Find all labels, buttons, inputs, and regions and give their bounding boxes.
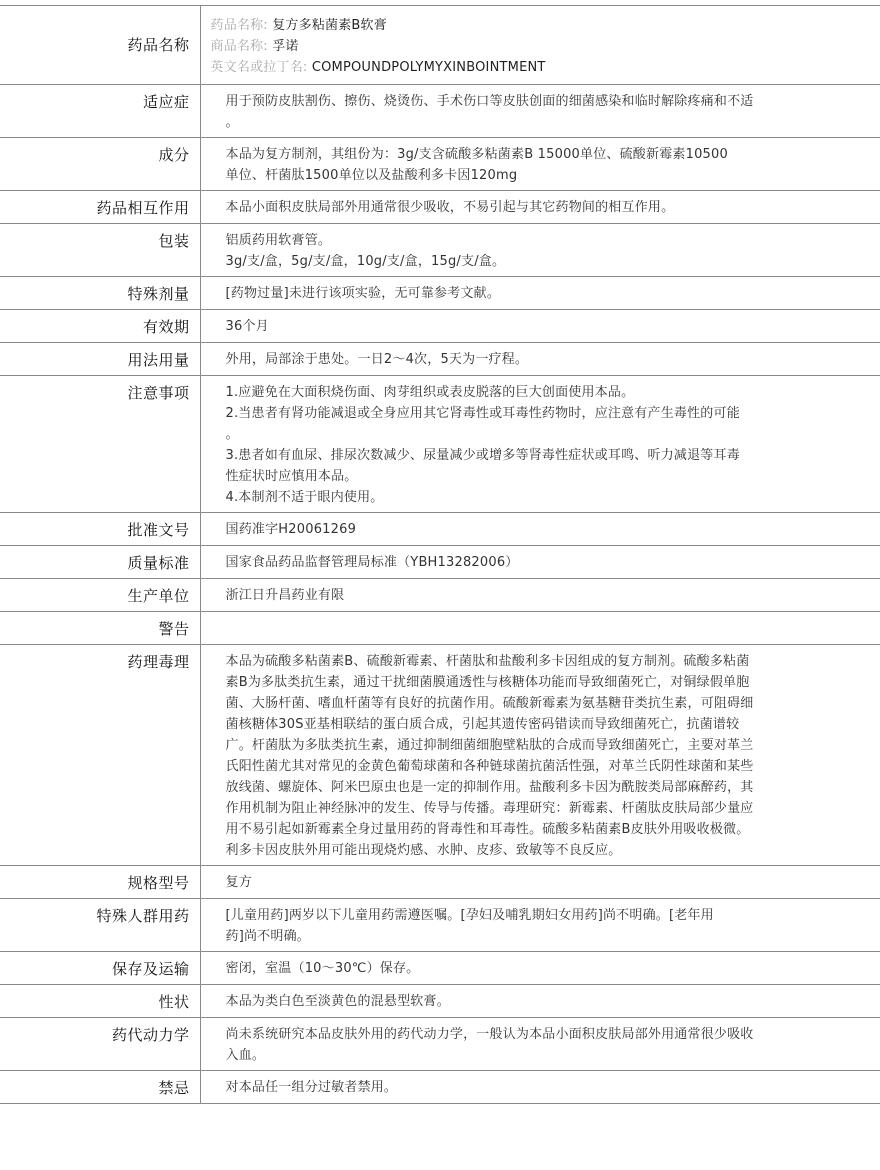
spec-value: 36个月 xyxy=(200,310,880,343)
spec-label: 有效期 xyxy=(0,310,200,343)
value-line: 国家食品药品监督管理局标准（YBH13282006） xyxy=(226,552,791,573)
label-manufacturer: 生产单位 xyxy=(127,587,189,605)
value-line: 对本品任一组分过敏者禁用。 xyxy=(226,1077,791,1098)
label-storage: 保存及运输 xyxy=(112,960,190,978)
spec-value: 尚未系统研究本品皮肤外用的药代动力学，一般认为本品小面积皮肤局部外用通常很少吸收… xyxy=(200,1018,880,1071)
spec-value: 本品小面积皮肤局部外用通常很少吸收，不易引起与其它药物间的相互作用。 xyxy=(200,191,880,224)
spec-row-name: 药品名称 药品名称: 复方多粘菌素B软膏 商品名称: 孚诺 英文名或拉丁名: C… xyxy=(0,6,880,85)
value-line: 外用，局部涂于患处。一日2～4次，5天为一疗程。 xyxy=(226,349,791,370)
value-line: 3.患者如有血尿、排尿次数减少、尿量减少或增多等肾毒性症状或耳鸣、听力减退等耳毒 xyxy=(226,445,791,466)
trade-name-key: 商品名称: xyxy=(211,39,268,54)
value-line: [药物过量]未进行该项实验，无可靠参考文献。 xyxy=(226,283,791,304)
spec-value: [儿童用药]两岁以下儿童用药需遵医嘱。[孕妇及哺乳期妇女用药]尚不明确。[老年用… xyxy=(200,899,880,952)
spec-label: 特殊人群用药 xyxy=(0,899,200,952)
value-line: 3g/支/盒，5g/支/盒，10g/支/盒，15g/支/盒。 xyxy=(226,251,791,272)
spec-value: 本品为类白色至淡黄色的混悬型软膏。 xyxy=(200,985,880,1018)
label-contraindications: 禁忌 xyxy=(158,1079,189,1097)
spec-label: 生产单位 xyxy=(0,579,200,612)
spec-row-indications: 适应症用于预防皮肤割伤、擦伤、烧烫伤、手术伤口等皮肤创面的细菌感染和临时解除疼痛… xyxy=(0,85,880,138)
value-line: 浙江日升昌药业有限 xyxy=(226,585,791,606)
value-line: 用于预防皮肤割伤、擦伤、烧烫伤、手术伤口等皮肤创面的细菌感染和临时解除疼痛和不适 xyxy=(226,91,791,112)
spec-row-appearance: 性状本品为类白色至淡黄色的混悬型软膏。 xyxy=(0,985,880,1018)
label-appearance: 性状 xyxy=(158,993,189,1011)
spec-label: 药品名称 xyxy=(0,6,200,85)
value-line: 放线菌、螺旋体、阿米巴原虫也是一定的抑制作用。盐酸利多卡因为酰胺类局部麻醉药，其 xyxy=(226,777,791,798)
value-line: 用不易引起如新霉素全身过量用药的肾毒性和耳毒性。硫酸多粘菌素B皮肤外用吸收极微。 xyxy=(226,819,791,840)
label-special-dosage: 特殊剂量 xyxy=(127,285,189,303)
value-line: 尚未系统研究本品皮肤外用的药代动力学，一般认为本品小面积皮肤局部外用通常很少吸收 xyxy=(226,1024,791,1045)
value-line: 本品为类白色至淡黄色的混悬型软膏。 xyxy=(226,991,791,1012)
spec-value: 用于预防皮肤割伤、擦伤、烧烫伤、手术伤口等皮肤创面的细菌感染和临时解除疼痛和不适… xyxy=(200,85,880,138)
spec-value xyxy=(200,612,880,645)
drug-spec-table: 药品名称 药品名称: 复方多粘菌素B软膏 商品名称: 孚诺 英文名或拉丁名: C… xyxy=(0,5,880,1104)
value-line: 2.当患者有肾功能减退或全身应用其它肾毒性或耳毒性药物时，应注意有产生毒性的可能 xyxy=(226,403,791,424)
spec-value: 浙江日升昌药业有限 xyxy=(200,579,880,612)
label-packaging: 包装 xyxy=(158,232,189,250)
spec-row-specification: 规格型号复方 xyxy=(0,866,880,899)
spec-row-special-populations: 特殊人群用药[儿童用药]两岁以下儿童用药需遵医嘱。[孕妇及哺乳期妇女用药]尚不明… xyxy=(0,899,880,952)
label-quality-standard: 质量标准 xyxy=(127,554,189,572)
spec-row-quality-standard: 质量标准国家食品药品监督管理局标准（YBH13282006） xyxy=(0,546,880,579)
spec-row-dosage: 用法用量外用，局部涂于患处。一日2～4次，5天为一疗程。 xyxy=(0,343,880,376)
value-line: 入血。 xyxy=(226,1045,791,1066)
spec-value: 药品名称: 复方多粘菌素B软膏 商品名称: 孚诺 英文名或拉丁名: COMPOU… xyxy=(200,6,880,85)
spec-row-ingredients: 成分本品为复方制剂，其组份为：3g/支含硫酸多粘菌素B 15000单位、硫酸新霉… xyxy=(0,138,880,191)
spec-value: 本品为硫酸多粘菌素B、硫酸新霉素、杆菌肽和盐酸利多卡因组成的复方制剂。硫酸多粘菌… xyxy=(200,645,880,866)
label-special-populations: 特殊人群用药 xyxy=(96,907,189,925)
value-line: 素B为多肽类抗生素，通过干扰细菌膜通透性与核糖体功能而导致细菌死亡，对铜绿假单胞 xyxy=(226,672,791,693)
value-line: 菌、大肠杆菌、嗜血杆菌等有良好的抗菌作用。硫酸新霉素为氨基糖苷类抗生素，可阻碍细 xyxy=(226,693,791,714)
value-line: 单位、杆菌肽1500单位以及盐酸利多卡因120mg xyxy=(226,165,791,186)
value-line: 密闭，室温（10～30℃）保存。 xyxy=(226,958,791,979)
spec-row-manufacturer: 生产单位浙江日升昌药业有限 xyxy=(0,579,880,612)
label-dosage: 用法用量 xyxy=(127,351,189,369)
spec-row-special-dosage: 特殊剂量[药物过量]未进行该项实验，无可靠参考文献。 xyxy=(0,277,880,310)
label-warning: 警告 xyxy=(158,620,189,638)
trade-name-line: 商品名称: 孚诺 xyxy=(211,36,791,57)
value-line: [儿童用药]两岁以下儿童用药需遵医嘱。[孕妇及哺乳期妇女用药]尚不明确。[老年用 xyxy=(226,905,791,926)
spec-row-precautions: 注意事项1.应避免在大面积烧伤面、肉芽组织或表皮脱落的巨大创面使用本品。2.当患… xyxy=(0,376,880,513)
spec-label: 批准文号 xyxy=(0,513,200,546)
spec-value: 复方 xyxy=(200,866,880,899)
generic-name-value: 复方多粘菌素B软膏 xyxy=(272,18,387,33)
generic-name-line: 药品名称: 复方多粘菌素B软膏 xyxy=(211,15,791,36)
generic-name-key: 药品名称: xyxy=(211,18,268,33)
value-line: 氏阳性菌尤其对常见的金黄色葡萄球菌和各种链球菌抗菌活性强，对革兰氏阴性球菌和某些 xyxy=(226,756,791,777)
spec-value: 外用，局部涂于患处。一日2～4次，5天为一疗程。 xyxy=(200,343,880,376)
value-line: 4.本制剂不适于眼内使用。 xyxy=(226,487,791,508)
value-line: 利多卡因皮肤外用可能出现烧灼感、水肿、皮疹、致敏等不良反应。 xyxy=(226,840,791,861)
spec-label: 质量标准 xyxy=(0,546,200,579)
spec-row-shelf-life: 有效期36个月 xyxy=(0,310,880,343)
spec-value: 国药准字H20061269 xyxy=(200,513,880,546)
spec-label: 适应症 xyxy=(0,85,200,138)
value-line: 药]尚不明确。 xyxy=(226,926,791,947)
spec-label: 保存及运输 xyxy=(0,952,200,985)
english-name-key: 英文名或拉丁名: xyxy=(211,60,308,75)
spec-label: 药品相互作用 xyxy=(0,191,200,224)
spec-label: 药理毒理 xyxy=(0,645,200,866)
value-line: 1.应避免在大面积烧伤面、肉芽组织或表皮脱落的巨大创面使用本品。 xyxy=(226,382,791,403)
english-name-value: COMPOUNDPOLYMYXINBOINTMENT xyxy=(312,60,546,75)
label-shelf-life: 有效期 xyxy=(143,318,190,336)
spec-label: 成分 xyxy=(0,138,200,191)
spec-row-contraindications: 禁忌对本品任一组分过敏者禁用。 xyxy=(0,1071,880,1104)
value-line: 本品为复方制剂，其组份为：3g/支含硫酸多粘菌素B 15000单位、硫酸新霉素1… xyxy=(226,144,791,165)
value-line: 菌核糖体30S亚基相联结的蛋白质合成，引起其遗传密码错读而导致细菌死亡，抗菌谱较 xyxy=(226,714,791,735)
spec-label: 特殊剂量 xyxy=(0,277,200,310)
english-name-line: 英文名或拉丁名: COMPOUNDPOLYMYXINBOINTMENT xyxy=(211,57,791,78)
label-ingredients: 成分 xyxy=(158,146,189,164)
spec-value: 本品为复方制剂，其组份为：3g/支含硫酸多粘菌素B 15000单位、硫酸新霉素1… xyxy=(200,138,880,191)
value-line: 广。杆菌肽为多肽类抗生素，通过抑制细菌细胞壁粘肽的合成而导致细菌死亡，主要对革兰 xyxy=(226,735,791,756)
label-drug-name: 药品名称 xyxy=(127,36,189,54)
value-line: 。 xyxy=(226,424,791,445)
value-line: 36个月 xyxy=(226,316,791,337)
value-line: 本品小面积皮肤局部外用通常很少吸收，不易引起与其它药物间的相互作用。 xyxy=(226,197,791,218)
spec-label: 包装 xyxy=(0,224,200,277)
spec-value: 国家食品药品监督管理局标准（YBH13282006） xyxy=(200,546,880,579)
spec-label: 性状 xyxy=(0,985,200,1018)
label-specification: 规格型号 xyxy=(127,874,189,892)
spec-label: 用法用量 xyxy=(0,343,200,376)
spec-value: 1.应避免在大面积烧伤面、肉芽组织或表皮脱落的巨大创面使用本品。2.当患者有肾功… xyxy=(200,376,880,513)
spec-value: 密闭，室温（10～30℃）保存。 xyxy=(200,952,880,985)
spec-label: 警告 xyxy=(0,612,200,645)
spec-label: 规格型号 xyxy=(0,866,200,899)
spec-row-approval-number: 批准文号国药准字H20061269 xyxy=(0,513,880,546)
spec-label: 注意事项 xyxy=(0,376,200,513)
value-line: 作用机制为阻止神经脉冲的发生、传导与传播。毒理研究：新霉素、杆菌肽皮肤局部少量应 xyxy=(226,798,791,819)
label-precautions: 注意事项 xyxy=(127,384,189,402)
spec-row-pharmacokinetics: 药代动力学尚未系统研究本品皮肤外用的药代动力学，一般认为本品小面积皮肤局部外用通… xyxy=(0,1018,880,1071)
spec-label: 禁忌 xyxy=(0,1071,200,1104)
label-interactions: 药品相互作用 xyxy=(96,199,189,217)
value-line: 铝质药用软膏管。 xyxy=(226,230,791,251)
value-line: 复方 xyxy=(226,872,791,893)
spec-row-pharmacology-toxicology: 药理毒理本品为硫酸多粘菌素B、硫酸新霉素、杆菌肽和盐酸利多卡因组成的复方制剂。硫… xyxy=(0,645,880,866)
spec-row-packaging: 包装铝质药用软膏管。3g/支/盒，5g/支/盒，10g/支/盒，15g/支/盒。 xyxy=(0,224,880,277)
label-pharmacokinetics: 药代动力学 xyxy=(112,1026,190,1044)
spec-value: 铝质药用软膏管。3g/支/盒，5g/支/盒，10g/支/盒，15g/支/盒。 xyxy=(200,224,880,277)
spec-value: 对本品任一组分过敏者禁用。 xyxy=(200,1071,880,1104)
trade-name-value: 孚诺 xyxy=(272,39,298,54)
label-approval-number: 批准文号 xyxy=(127,521,189,539)
value-line: 本品为硫酸多粘菌素B、硫酸新霉素、杆菌肽和盐酸利多卡因组成的复方制剂。硫酸多粘菌 xyxy=(226,651,791,672)
spec-label: 药代动力学 xyxy=(0,1018,200,1071)
spec-row-storage: 保存及运输密闭，室温（10～30℃）保存。 xyxy=(0,952,880,985)
spec-value: [药物过量]未进行该项实验，无可靠参考文献。 xyxy=(200,277,880,310)
spec-row-warning: 警告 xyxy=(0,612,880,645)
value-line: 性症状时应慎用本品。 xyxy=(226,466,791,487)
value-line: 国药准字H20061269 xyxy=(226,519,791,540)
value-line: 。 xyxy=(226,112,791,133)
spec-row-interactions: 药品相互作用本品小面积皮肤局部外用通常很少吸收，不易引起与其它药物间的相互作用。 xyxy=(0,191,880,224)
drug-spec-container: 药品名称 药品名称: 复方多粘菌素B软膏 商品名称: 孚诺 英文名或拉丁名: C… xyxy=(0,5,880,1104)
label-pharmacology-toxicology: 药理毒理 xyxy=(127,653,189,671)
label-indications: 适应症 xyxy=(143,93,190,111)
